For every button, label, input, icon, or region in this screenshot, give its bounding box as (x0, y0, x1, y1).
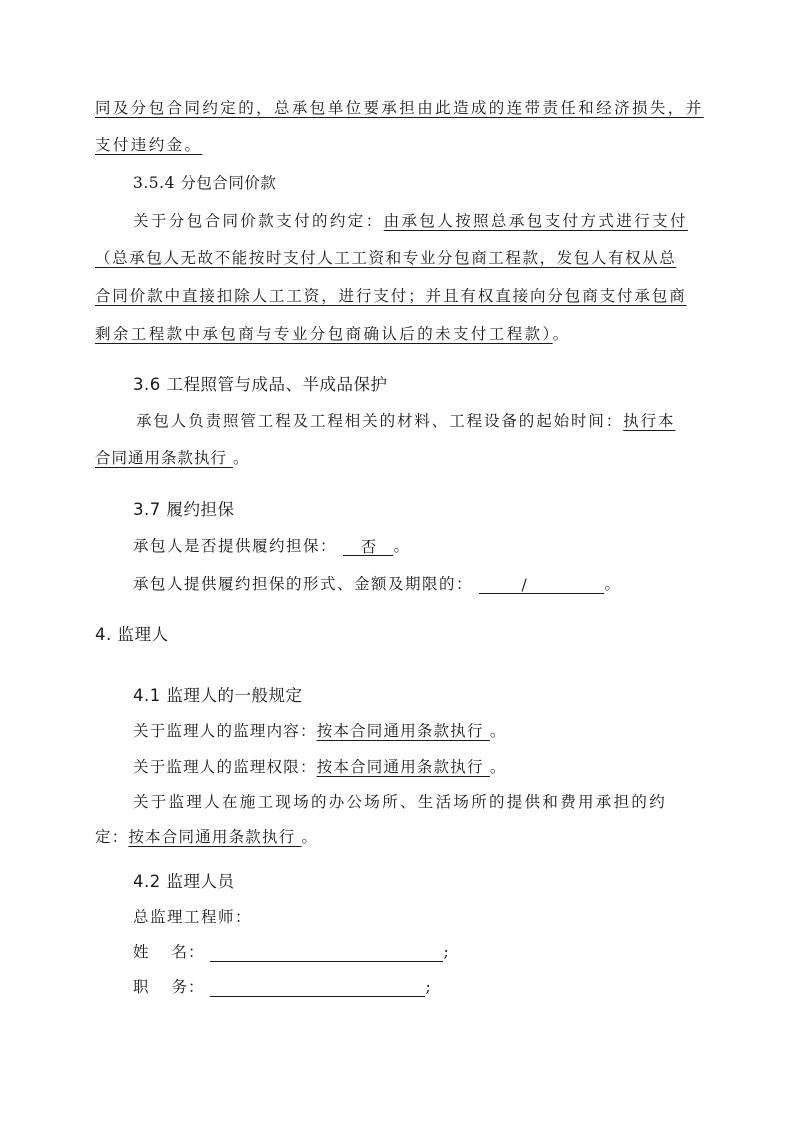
subcontract-payment-value-4: 剩余工程款中承包商与专业分包商确认后的未支付工程款） (95, 325, 553, 343)
chief-name-field[interactable] (210, 943, 443, 962)
section-3-5-4-heading: 3.5.4 分包合同价款 (133, 173, 276, 193)
period: 。 (233, 449, 250, 467)
subcontract-payment-line-1: 关于分包合同价款支付的约定：由承包人按照总承包支付方式进行支付 (133, 211, 688, 231)
name-label-a: 姓 (133, 943, 150, 961)
continuation-line-1: 同及分包合同约定的，总承包单位要承担由此造成的连带责任和经济损失，并 (95, 98, 704, 118)
period: 。 (553, 325, 571, 343)
supervision-office-line-2: 定：按本合同通用条款执行 。 (95, 827, 318, 847)
subcontract-payment-label: 关于分包合同价款支付的约定： (133, 212, 384, 230)
title-label-a: 职 (133, 978, 150, 996)
care-start-line-2: 合同通用条款执行 。 (95, 448, 249, 468)
supervision-office-label: 定： (95, 828, 128, 846)
name-label-b: 名： (172, 943, 205, 961)
supervision-office-line-1: 关于监理人在施工现场的办公场所、生活场所的提供和费用承担的约 (133, 792, 667, 812)
performance-bond-form-field[interactable]: / (479, 575, 604, 594)
chief-supervisor-label: 总监理工程师： (133, 907, 252, 927)
semicolon: ; (443, 943, 449, 961)
performance-bond-provided-field[interactable]: 否 (343, 537, 393, 556)
period: 。 (393, 537, 410, 555)
supervision-content-value: 按本合同通用条款执行 (317, 722, 490, 740)
section-3-7-heading: 3.7 履约担保 (133, 500, 235, 520)
period: 。 (604, 575, 621, 593)
care-start-value-1: 执行本 (623, 412, 675, 430)
section-4-2-heading: 4.2 监理人员 (133, 872, 235, 892)
subcontract-payment-value-1: 由承包人按照总承包支付方式进行支付 (384, 212, 688, 230)
performance-bond-form-line: 承包人提供履约担保的形式、金额及期限的： /。 (133, 574, 621, 594)
supervision-content-label: 关于监理人的监理内容： (133, 722, 317, 740)
care-start-value-2: 合同通用条款执行 (95, 449, 233, 467)
chief-title-line: 职务： ; (133, 977, 432, 997)
subcontract-payment-line-4: 剩余工程款中承包商与专业分包商确认后的未支付工程款）。 (95, 324, 571, 344)
care-start-line-1: 承包人负责照管工程及工程相关的材料、工程设备的起始时间：执行本 (136, 411, 675, 431)
section-3-6-heading: 3.6 工程照管与成品、半成品保护 (133, 375, 388, 395)
slash-value: / (521, 576, 526, 594)
period: 。 (302, 828, 319, 846)
continuation-line-2: 支付违约金。 (95, 135, 202, 155)
supervision-authority-line: 关于监理人的监理权限：按本合同通用条款执行 。 (133, 757, 507, 777)
performance-bond-provided-line: 承包人是否提供履约担保： 否。 (133, 536, 410, 556)
subcontract-payment-line-2: （总承包人无故不能按时支付人工工资和专业分包商工程款，发包人有权从总 (95, 248, 676, 268)
chief-title-field[interactable] (210, 978, 425, 997)
chief-name-line: 姓名： ; (133, 942, 450, 962)
subcontract-payment-line-3: 合同价款中直接扣除人工工资，进行支付；并且有权直接向分包商支付承包商 (95, 286, 687, 306)
supervision-authority-value: 按本合同通用条款执行 (317, 758, 490, 776)
period: 。 (490, 758, 507, 776)
supervision-content-line: 关于监理人的监理内容：按本合同通用条款执行 。 (133, 721, 507, 741)
title-label-b: 务： (172, 978, 205, 996)
care-start-label: 承包人负责照管工程及工程相关的材料、工程设备的起始时间： (136, 412, 623, 430)
performance-bond-form-label: 承包人提供履约担保的形式、金额及期限的： (133, 575, 473, 593)
section-4-heading: 4. 监理人 (95, 625, 169, 645)
section-4-1-heading: 4.1 监理人的一般规定 (133, 686, 303, 706)
semicolon: ; (425, 978, 431, 996)
performance-bond-provided-label: 承包人是否提供履约担保： (133, 537, 337, 555)
supervision-authority-label: 关于监理人的监理权限： (133, 758, 317, 776)
period: 。 (490, 722, 507, 740)
supervision-office-value: 按本合同通用条款执行 (128, 828, 301, 846)
